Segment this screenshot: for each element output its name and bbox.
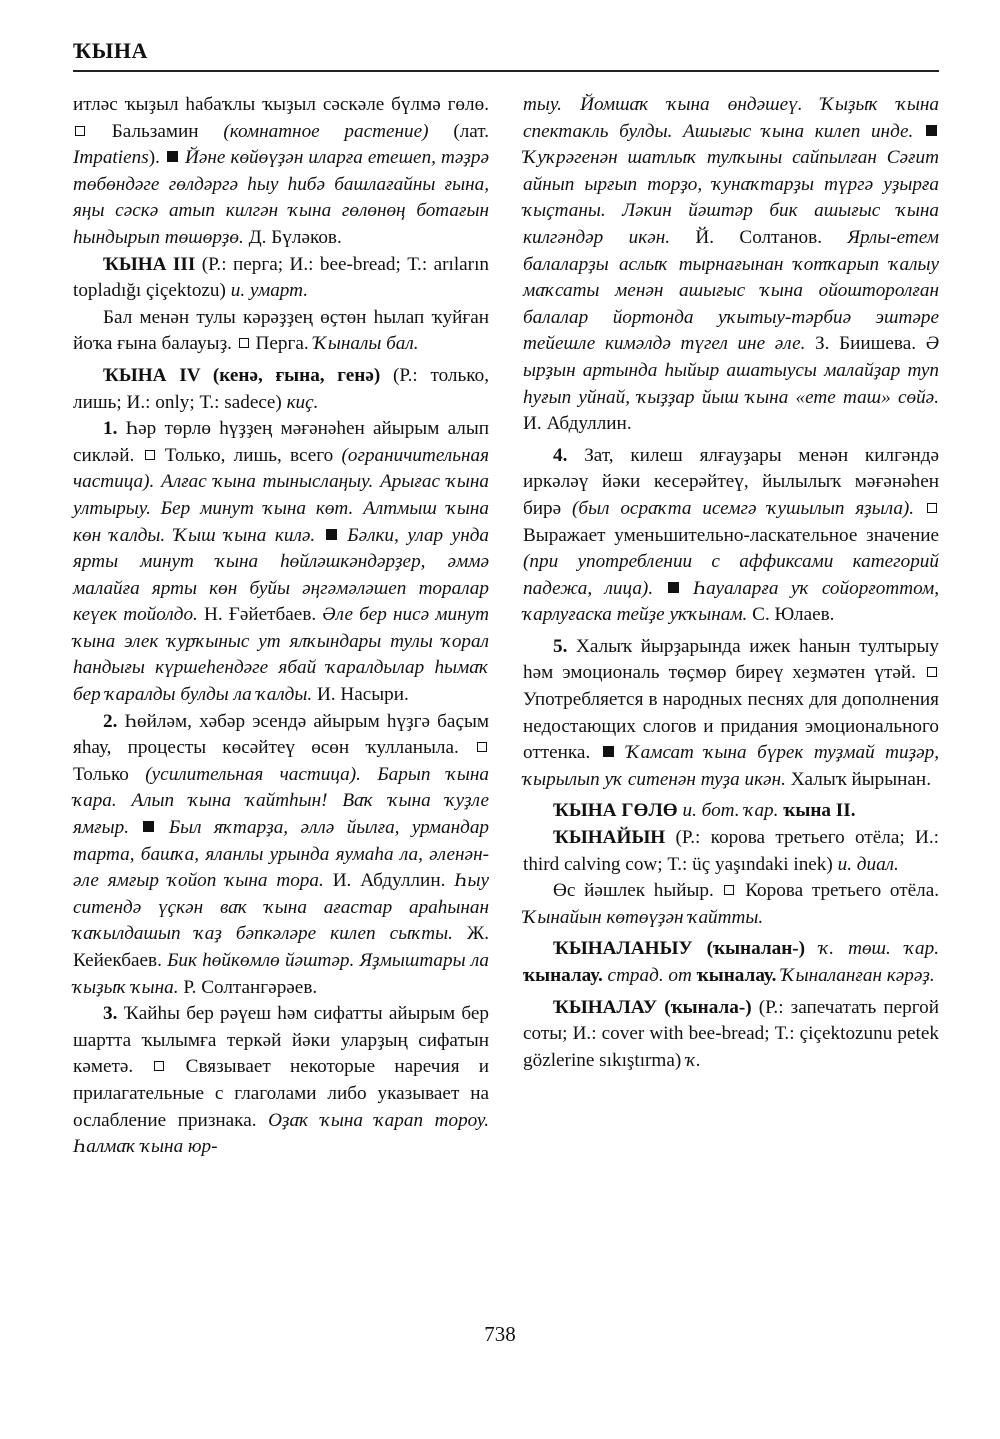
entry-kyna-iv: ҠЫНА IV (кенә, ғына, генә) (Р.: только, … — [73, 363, 489, 416]
cross-reference-link[interactable]: ҡына II. — [783, 800, 855, 821]
filled-square-icon — [143, 821, 154, 832]
empty-square-icon — [239, 338, 249, 348]
headword: ҠЫНАЙЫН — [553, 827, 665, 848]
definition: Өс йәшлек һыйыр. Корова третьего отёла. … — [523, 878, 939, 931]
empty-square-icon — [927, 667, 937, 677]
entry-kyna-iii: ҠЫНА III (Р.: перга; И.: bee-bread; Т.: … — [73, 252, 489, 305]
right-column: тыу. Йомшаҡ ҡына өндәшеү. Ҡыҙыҡ ҡына спе… — [523, 92, 939, 1074]
header-rule — [73, 70, 939, 72]
entry-continuation: итләс ҡыҙыл һабаҡлы ҡыҙыл сәскәле бүлмә … — [73, 92, 489, 252]
page-number: 738 — [0, 1322, 1000, 1347]
filled-square-icon — [167, 151, 178, 162]
empty-square-icon — [724, 885, 734, 895]
headword: ҠЫНАЛАУ (ҡынала-) — [553, 997, 752, 1018]
headword: ҠЫНА ГӨЛӨ — [553, 800, 678, 821]
sense-3-continuation: тыу. Йомшаҡ ҡына өндәшеү. Ҡыҙыҡ ҡына спе… — [523, 92, 939, 438]
filled-square-icon — [926, 125, 937, 136]
empty-square-icon — [75, 126, 85, 136]
definition: Бал менән тулы кәрәҙҙең өҫтөн һылап ҡуйғ… — [73, 305, 489, 358]
filled-square-icon — [326, 529, 337, 540]
sense-4: 4. Зат, килеш ялғауҙары менән килгәндә и… — [523, 443, 939, 629]
header-title: ҠЫНА — [73, 38, 939, 64]
cross-reference-link[interactable]: ҡыналау. — [697, 965, 777, 986]
filled-square-icon — [668, 582, 679, 593]
headword: ҠЫНА IV (кенә, ғына, генә) — [103, 365, 380, 386]
entry-kynalau: ҠЫНАЛАУ (ҡынала-) (Р.: запечатать пергой… — [523, 995, 939, 1075]
empty-square-icon — [477, 742, 487, 752]
running-header: ҠЫНА — [73, 38, 939, 72]
sense-2: 2. Һөйләм, хәбәр эсендә айырым һүҙгә баҫ… — [73, 709, 489, 1002]
entry-kynalanyu: ҠЫНАЛАНЫУ (ҡыналан-) ҡ. төш. ҡар. ҡынала… — [523, 936, 939, 989]
empty-square-icon — [145, 450, 155, 460]
headword: ҠЫНА III — [103, 254, 195, 275]
entry-kyna-gole: ҠЫНА ГӨЛӨ и. бот. ҡар. ҡына II. — [523, 798, 939, 825]
entry-kynayyn: ҠЫНАЙЫН (Р.: корова третьего отёла; И.: … — [523, 825, 939, 878]
empty-square-icon — [154, 1061, 164, 1071]
headword: ҠЫНАЛАНЫУ (ҡыналан-) — [553, 938, 805, 959]
filled-square-icon — [603, 746, 614, 757]
sense-3: 3. Ҡайһы бер рәүеш һәм сифатты айырым бе… — [73, 1001, 489, 1161]
left-column: итләс ҡыҙыл һабаҡлы ҡыҙыл сәскәле бүлмә … — [73, 92, 489, 1161]
sense-1: 1. Һәр төрлө һүҙҙең мәғәнәһен айырым алы… — [73, 416, 489, 709]
sense-5: 5. Халыҡ йырҙарында ижек һанын тултырыу … — [523, 634, 939, 794]
empty-square-icon — [927, 503, 937, 513]
cross-reference-link[interactable]: ҡыналау. — [523, 965, 603, 986]
